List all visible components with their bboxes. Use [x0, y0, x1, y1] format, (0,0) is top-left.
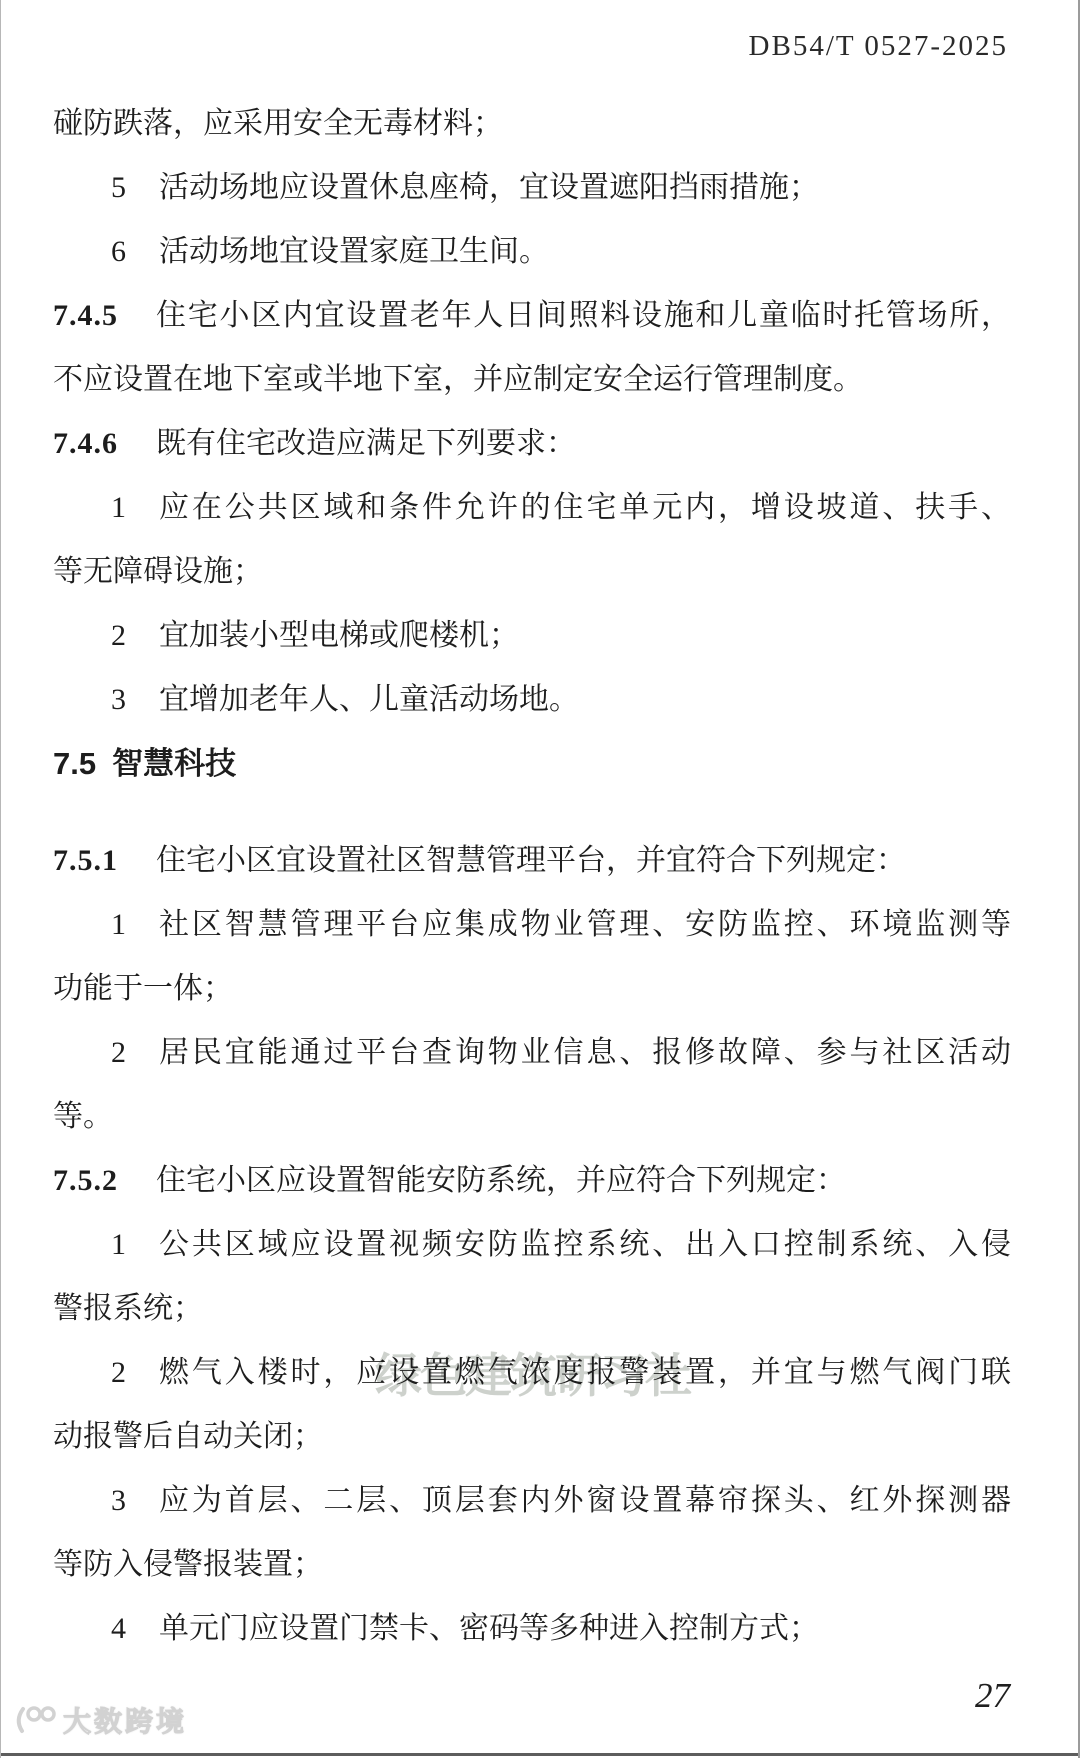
line-number: 4: [111, 1597, 159, 1661]
plain-line: 警报系统；: [53, 1277, 1011, 1341]
clause-line: 7.5.1 住宅小区宜设置社区智慧管理平台，并宜符合下列规定：: [53, 829, 1011, 893]
line-number: 2: [111, 1021, 159, 1085]
plain-line: 动报警后自动关闭；: [53, 1405, 1011, 1469]
line-text: 单元门应设置门禁卡、密码等多种进入控制方式；: [159, 1597, 1011, 1661]
item-line: 3 宜增加老年人、儿童活动场地。: [53, 668, 1011, 732]
line-text: 活动场地应设置休息座椅，宜设置遮阳挡雨措施；: [159, 156, 1011, 220]
item-line: 1 应在公共区域和条件允许的住宅单元内，增设坡道、扶手、: [53, 476, 1011, 540]
line-text: 不应设置在地下室或半地下室，并应制定安全运行管理制度。: [53, 348, 1011, 412]
line-text: 宜加装小型电梯或爬楼机；: [159, 604, 1011, 668]
line-text: 应为首层、二层、顶层套内外窗设置幕帘探头、红外探测器: [159, 1469, 1011, 1533]
line-number: 5: [111, 156, 159, 220]
clause-line: 7.4.6 既有住宅改造应满足下列要求：: [53, 412, 1011, 476]
heading-line: 7.5 智慧科技: [53, 732, 1011, 796]
item-line: 2 宜加装小型电梯或爬楼机；: [53, 604, 1011, 668]
item-line: 2 居民宜能通过平台查询物业信息、报修故障、参与社区活动: [53, 1021, 1011, 1085]
line-text: 公共区域应设置视频安防监控系统、出入口控制系统、入侵: [159, 1213, 1011, 1277]
clause-line: 7.5.2 住宅小区应设置智能安防系统，并应符合下列规定：: [53, 1149, 1011, 1213]
corner-watermark: 大数跨境: [11, 1700, 187, 1740]
line-text: 居民宜能通过平台查询物业信息、报修故障、参与社区活动: [159, 1021, 1011, 1085]
document-body: 碰防跌落，应采用安全无毒材料； 5 活动场地应设置休息座椅，宜设置遮阳挡雨措施；…: [53, 92, 1011, 1661]
bottom-border-line: [1, 1753, 1078, 1756]
line-number: 7.4.6: [53, 412, 156, 476]
line-text: 功能于一体；: [53, 957, 1011, 1021]
line-text: 住宅小区内宜设置老年人日间照料设施和儿童临时托管场所，: [156, 284, 1011, 348]
line-number: 7.5.2: [53, 1149, 156, 1213]
line-text: 应在公共区域和条件允许的住宅单元内，增设坡道、扶手、: [159, 476, 1011, 540]
plain-line: 功能于一体；: [53, 957, 1011, 1021]
line-text: 社区智慧管理平台应集成物业管理、安防监控、环境监测等: [159, 893, 1011, 957]
item-line: 1 公共区域应设置视频安防监控系统、出入口控制系统、入侵: [53, 1213, 1011, 1277]
line-text: 等。: [53, 1085, 1011, 1149]
corner-watermark-text: 大数跨境: [63, 1700, 187, 1740]
line-text: 住宅小区宜设置社区智慧管理平台，并宜符合下列规定：: [156, 829, 1011, 893]
line-text: 宜增加老年人、儿童活动场地。: [159, 668, 1011, 732]
item-line: 6 活动场地宜设置家庭卫生间。: [53, 220, 1011, 284]
document-page: DB54/T 0527-2025 绿色建筑研习社 碰防跌落，应采用安全无毒材料；…: [0, 0, 1080, 1758]
line-number: 7.4.5: [53, 284, 156, 348]
item-line: 4 单元门应设置门禁卡、密码等多种进入控制方式；: [53, 1597, 1011, 1661]
plain-line: 等。: [53, 1085, 1011, 1149]
clause-line: 7.4.5 住宅小区内宜设置老年人日间照料设施和儿童临时托管场所，: [53, 284, 1011, 348]
line-text: 活动场地宜设置家庭卫生间。: [159, 220, 1011, 284]
line-text: 等无障碍设施；: [53, 540, 1011, 604]
page-number: 27: [975, 1676, 1010, 1716]
item-line: 1 社区智慧管理平台应集成物业管理、安防监控、环境监测等: [53, 893, 1011, 957]
watermark-logo-icon: [11, 1702, 57, 1738]
item-line: 5 活动场地应设置休息座椅，宜设置遮阳挡雨措施；: [53, 156, 1011, 220]
line-text: 燃气入楼时，应设置燃气浓度报警装置，并宜与燃气阀门联: [159, 1341, 1011, 1405]
plain-line: 不应设置在地下室或半地下室，并应制定安全运行管理制度。: [53, 348, 1011, 412]
line-text: 动报警后自动关闭；: [53, 1405, 1011, 1469]
line-number: 3: [111, 1469, 159, 1533]
plain-line: 等无障碍设施；: [53, 540, 1011, 604]
line-number: 1: [111, 893, 159, 957]
item-line: 2 燃气入楼时，应设置燃气浓度报警装置，并宜与燃气阀门联: [53, 1341, 1011, 1405]
item-line: 3 应为首层、二层、顶层套内外窗设置幕帘探头、红外探测器: [53, 1469, 1011, 1533]
line-number: 1: [111, 476, 159, 540]
line-text: 警报系统；: [53, 1277, 1011, 1341]
line-number: 7.5: [53, 732, 96, 796]
line-number: 7.5.1: [53, 829, 156, 893]
line-number: 2: [111, 604, 159, 668]
line-number: 1: [111, 1213, 159, 1277]
standard-code: DB54/T 0527-2025: [749, 30, 1008, 63]
line-text: 碰防跌落，应采用安全无毒材料；: [53, 92, 1011, 156]
line-number: 6: [111, 220, 159, 284]
line-number: 2: [111, 1341, 159, 1405]
line-text: 等防入侵警报装置；: [53, 1533, 1011, 1597]
line-text: 住宅小区应设置智能安防系统，并应符合下列规定：: [156, 1149, 1011, 1213]
plain-line: 碰防跌落，应采用安全无毒材料；: [53, 92, 1011, 156]
line-text: 既有住宅改造应满足下列要求：: [156, 412, 1011, 476]
plain-line: 等防入侵警报装置；: [53, 1533, 1011, 1597]
line-text: 智慧科技: [112, 732, 1011, 796]
line-number: 3: [111, 668, 159, 732]
